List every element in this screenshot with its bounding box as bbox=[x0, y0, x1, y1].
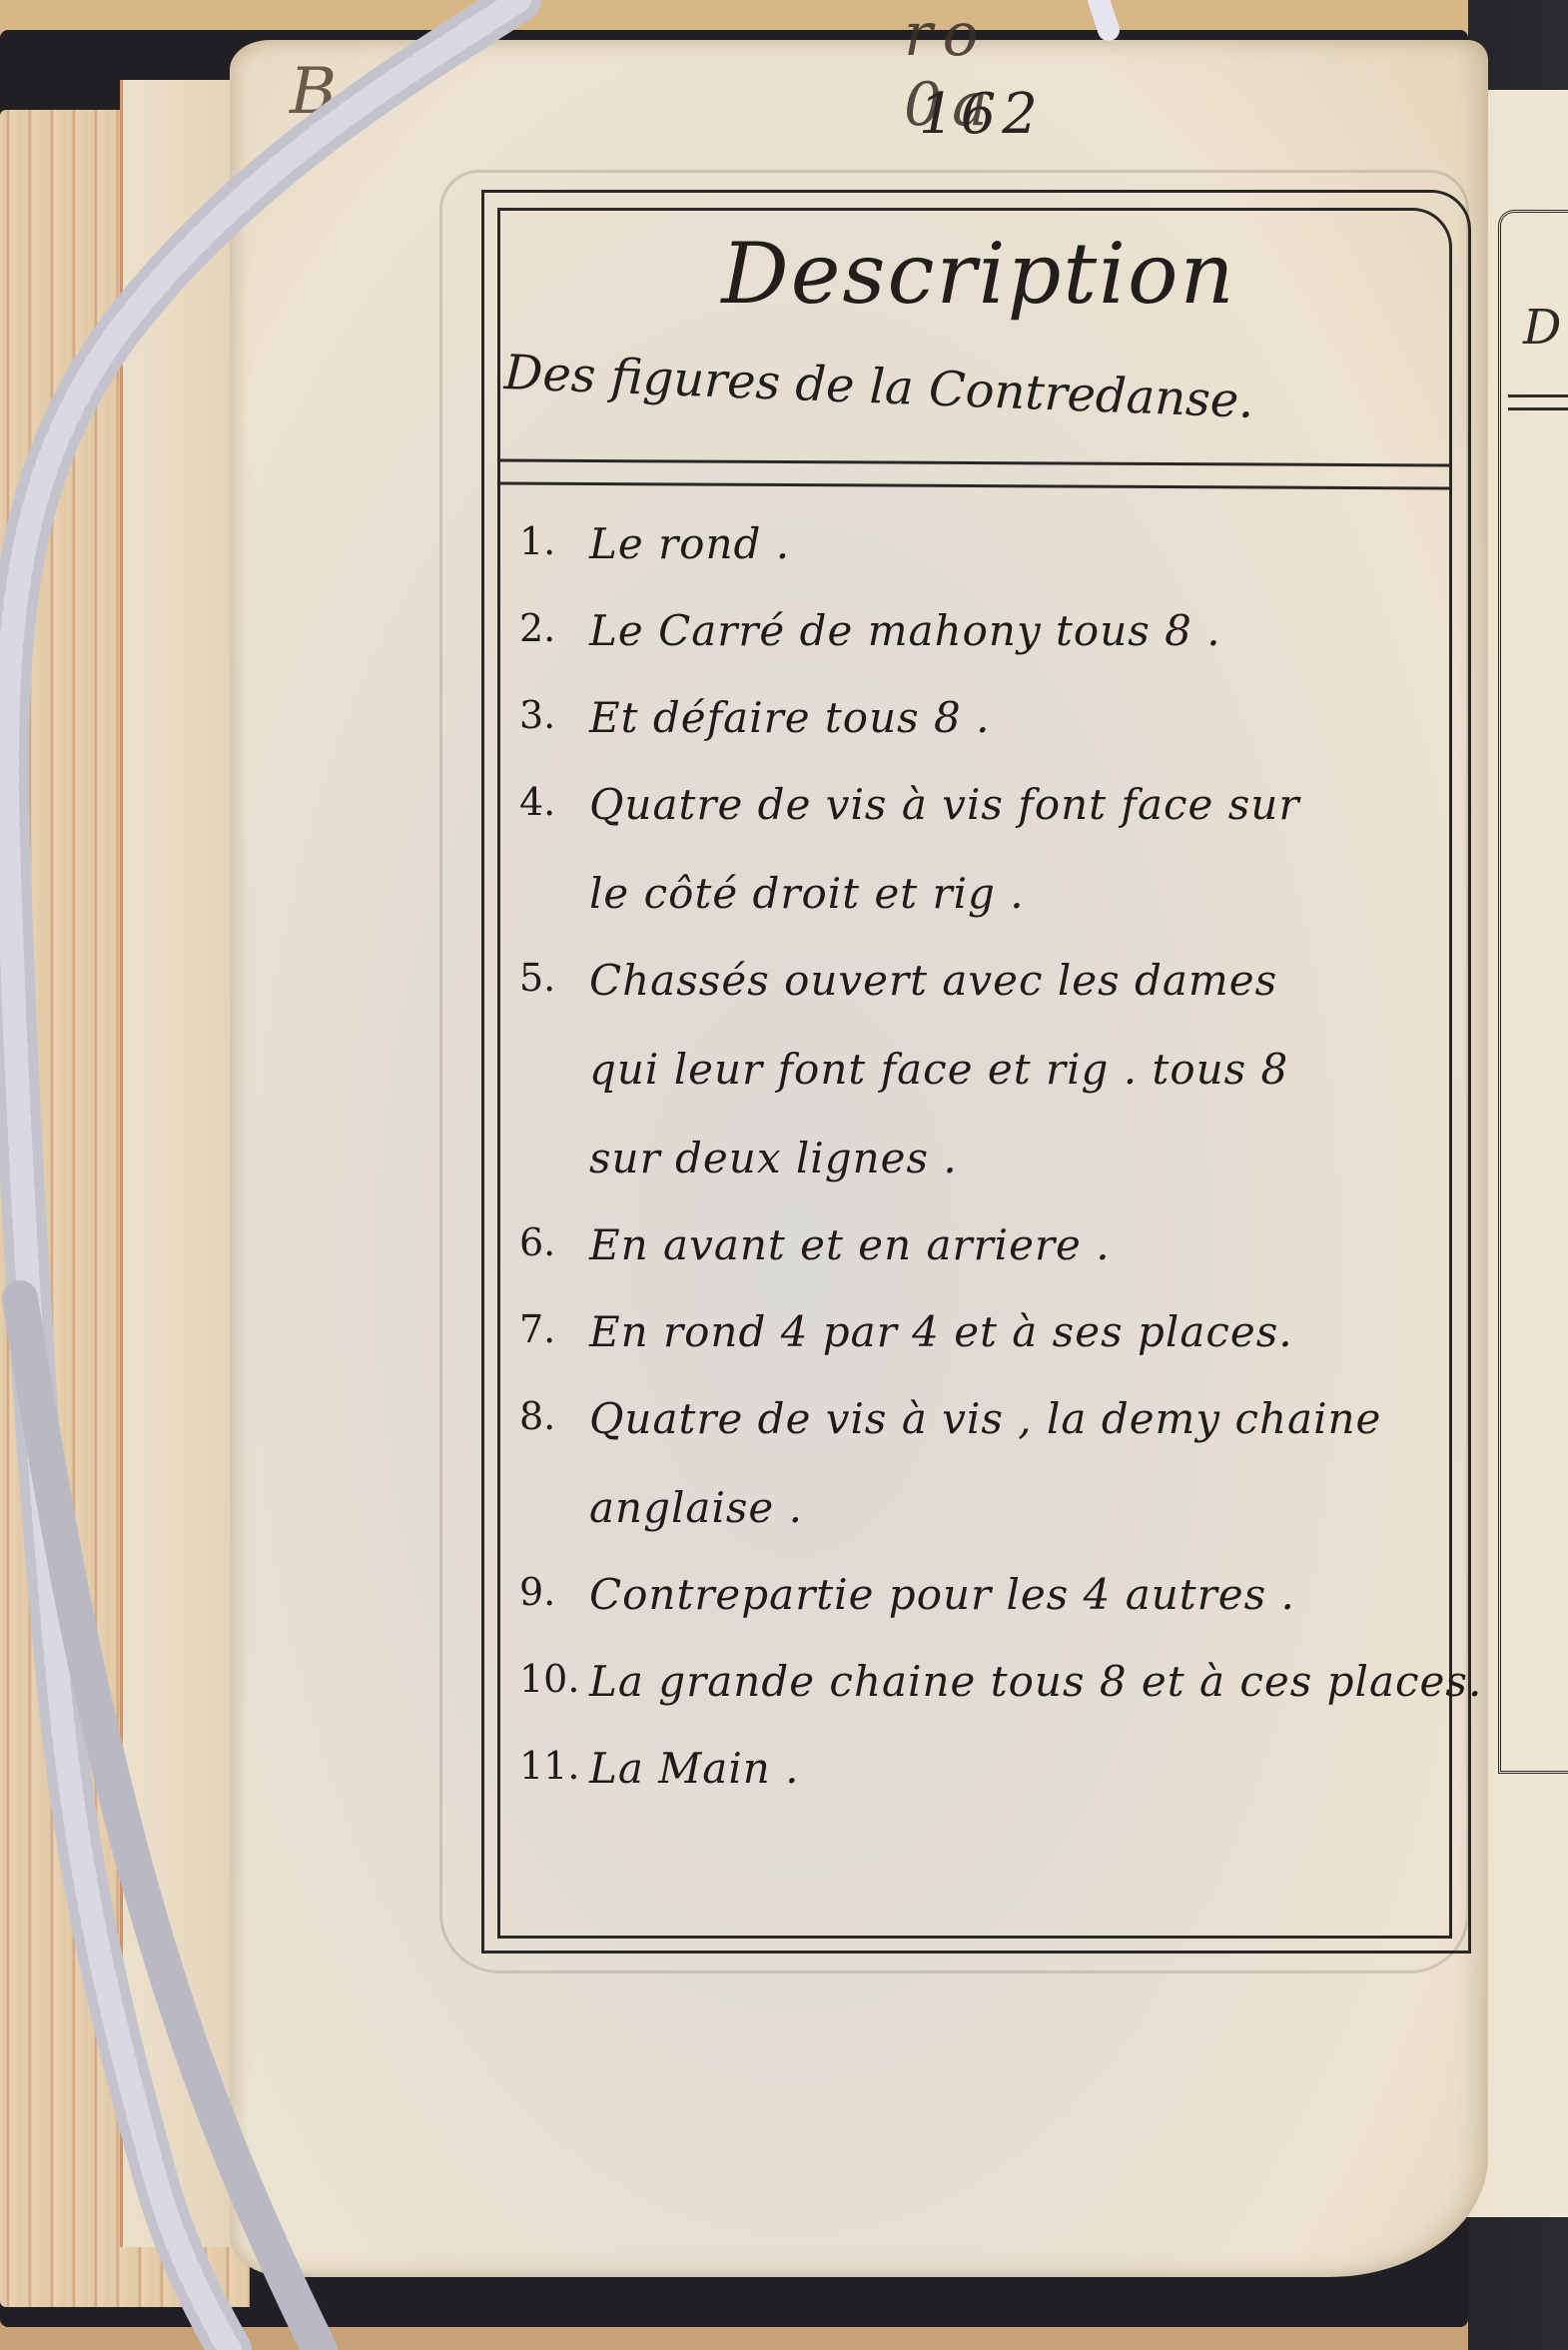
page-number: 162 bbox=[919, 82, 1044, 147]
item-text: Le Carré de mahony tous 8 . bbox=[589, 606, 1448, 655]
item-number: 6. bbox=[519, 1220, 555, 1264]
list-item: 2. Le Carré de mahony tous 8 . bbox=[519, 606, 1448, 655]
item-text-continued: anglaise . bbox=[589, 1483, 1448, 1532]
list-item: 7. En rond 4 par 4 et à ses places. bbox=[519, 1307, 1448, 1356]
page-title: Description bbox=[479, 225, 1478, 323]
item-number: 1. bbox=[519, 519, 555, 563]
list-item: 8. Quatre de vis à vis , la demy chaine … bbox=[519, 1394, 1448, 1532]
ink-annotation-top: ro 0a bbox=[904, 0, 1084, 60]
figures-list: 1. Le rond . 2. Le Carré de mahony tous … bbox=[519, 519, 1448, 1793]
item-number: 9. bbox=[519, 1570, 555, 1614]
item-text-continued: sur deux lignes . bbox=[589, 1134, 1448, 1182]
item-number: 10. bbox=[519, 1657, 579, 1701]
item-text: Quatre de vis à vis , la demy chaine bbox=[589, 1394, 1448, 1443]
facing-page-divider bbox=[1508, 394, 1568, 410]
item-text: Contrepartie pour les 4 autres . bbox=[589, 1570, 1448, 1619]
item-number: 5. bbox=[519, 956, 555, 1000]
ink-annotation-corner: B bbox=[290, 55, 337, 129]
item-text: Le rond . bbox=[589, 519, 1448, 568]
list-item: 9. Contrepartie pour les 4 autres . bbox=[519, 1570, 1448, 1619]
item-text-continued: qui leur font face et rig . tous 8 bbox=[589, 1045, 1448, 1094]
item-number: 3. bbox=[519, 693, 555, 737]
item-number: 7. bbox=[519, 1307, 555, 1351]
item-number: 11. bbox=[519, 1744, 579, 1788]
item-text: En rond 4 par 4 et à ses places. bbox=[589, 1307, 1448, 1356]
list-item: 1. Le rond . bbox=[519, 519, 1448, 568]
item-number: 8. bbox=[519, 1394, 555, 1438]
item-text: Chassés ouvert avec les dames bbox=[589, 956, 1448, 1005]
facing-page-frame bbox=[1498, 210, 1568, 1774]
item-number: 2. bbox=[519, 606, 555, 650]
list-item: 5. Chassés ouvert avec les dames qui leu… bbox=[519, 956, 1448, 1182]
item-text: La grande chaine tous 8 et à ces places. bbox=[589, 1657, 1448, 1706]
item-text-continued: le côté droit et rig . bbox=[589, 869, 1448, 918]
item-text: En avant et en arriere . bbox=[589, 1220, 1448, 1269]
title-divider bbox=[497, 459, 1451, 490]
list-item: 4. Quatre de vis à vis font face sur le … bbox=[519, 780, 1448, 918]
item-text: Et défaire tous 8 . bbox=[589, 693, 1448, 742]
item-number: 4. bbox=[519, 780, 555, 824]
list-item: 3. Et défaire tous 8 . bbox=[519, 693, 1448, 742]
list-item: 11. La Main . bbox=[519, 1744, 1448, 1793]
item-text: Quatre de vis à vis font face sur bbox=[589, 780, 1448, 829]
list-item: 6. En avant et en arriere . bbox=[519, 1220, 1448, 1269]
list-item: 10. La grande chaine tous 8 et à ces pla… bbox=[519, 1657, 1448, 1706]
item-text: La Main . bbox=[589, 1744, 1448, 1793]
facing-page-initial: D bbox=[1523, 300, 1561, 356]
